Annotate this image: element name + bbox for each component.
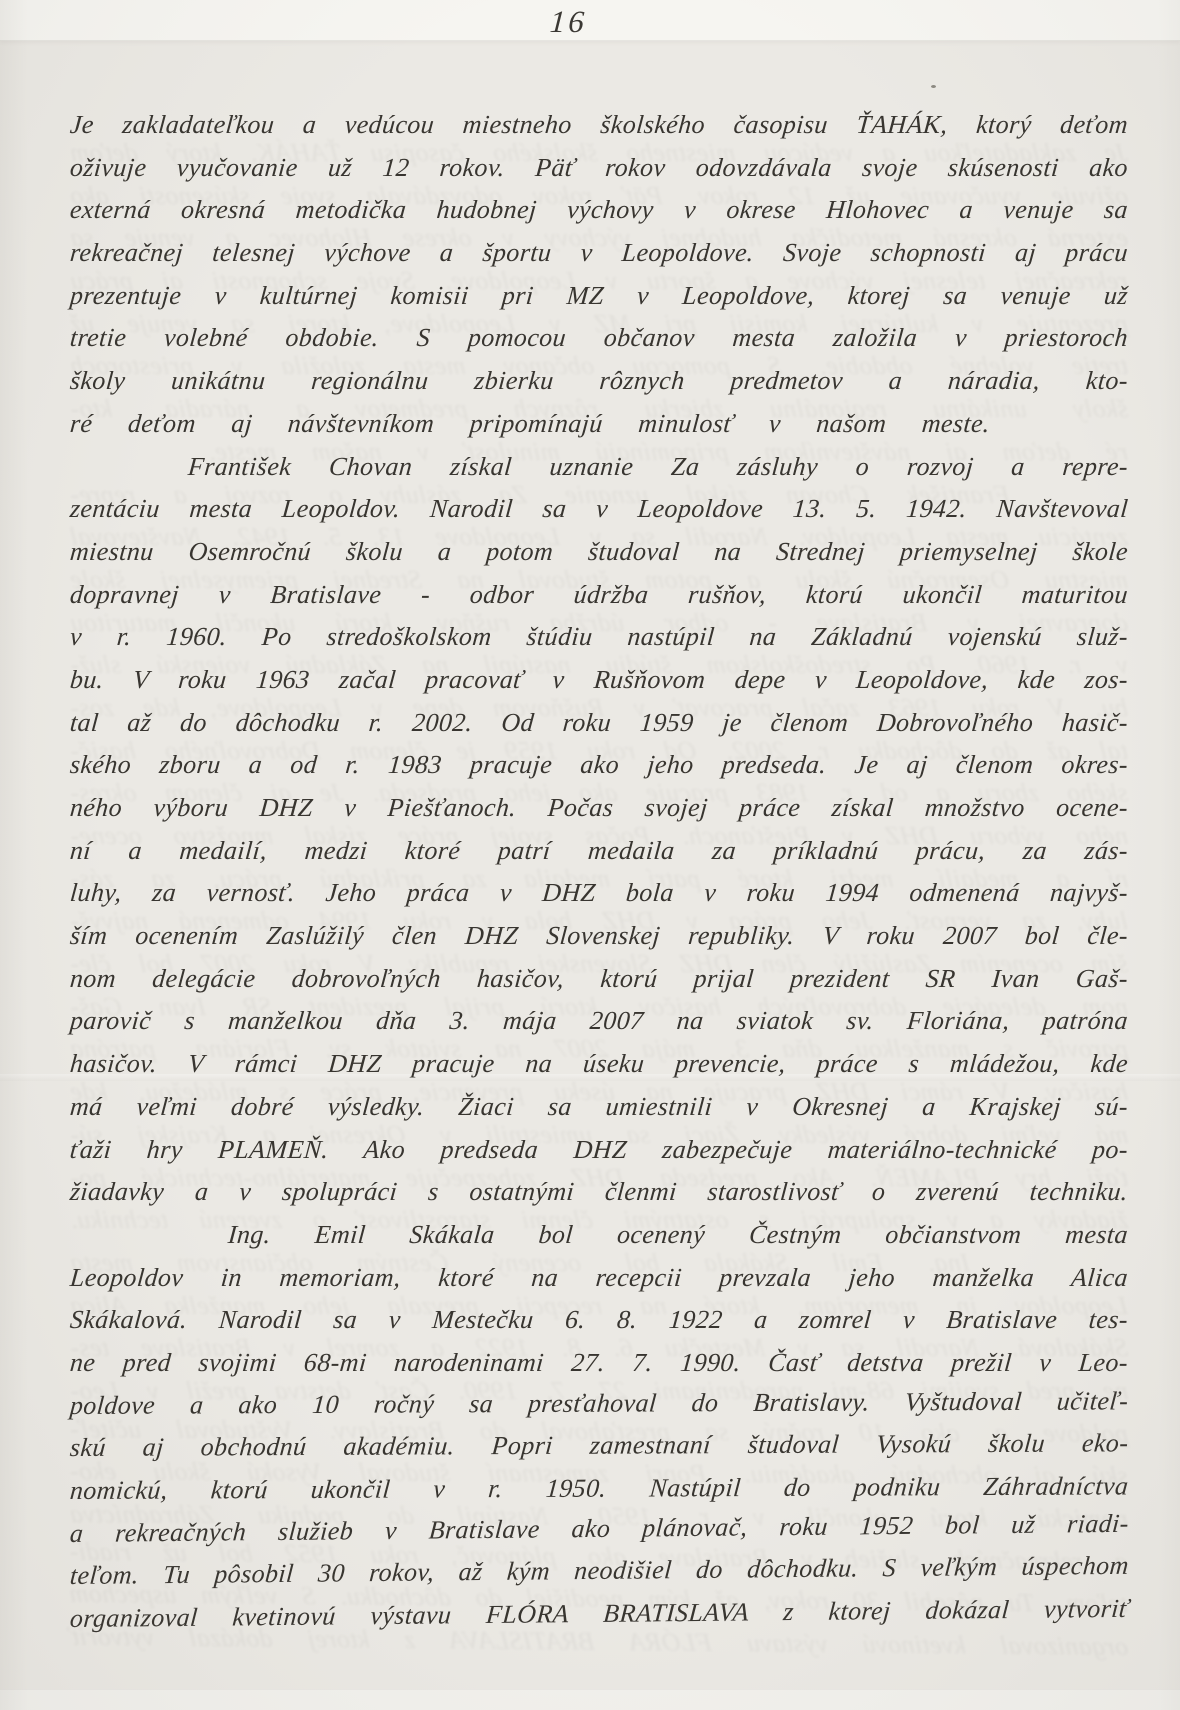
paper-bottom-edge: [0, 1689, 1180, 1710]
handwritten-line: školy unikátnu regionálnu zbierku rôznyc…: [68, 360, 1130, 403]
handwritten-line: skú aj obchodnú akadémiu. Popri zamestna…: [68, 1423, 1130, 1470]
handwritten-line: Je zakladateľkou a vedúcou miestneho ško…: [68, 104, 1130, 147]
handwritten-line: tretie volebné obdobie. S pomocou občano…: [68, 317, 1130, 360]
handwritten-line: dopravnej v Bratislave - odbor údržba ru…: [68, 574, 1130, 617]
handwritten-line: ní a medailí, medzi ktoré patrí medaila …: [68, 830, 1130, 873]
handwritten-line: externá okresná metodička hudobnej výcho…: [68, 189, 1130, 232]
handwritten-line: ského zboru a od r. 1983 pracuje ako jeh…: [68, 744, 1130, 787]
handwritten-line: hasičov. V rámci DHZ pracuje na úseku pr…: [68, 1043, 1130, 1086]
handwritten-line: František Chovan získal uznanie Za záslu…: [68, 446, 1130, 489]
paper-top-edge: [0, 0, 1180, 41]
handwritten-line: parovič s manželkou dňa 3. mája 2007 na …: [68, 1000, 1130, 1043]
handwritten-line: zentáciu mesta Leopoldov. Narodil sa v L…: [68, 488, 1130, 531]
handwritten-line: poldove a ako 10 ročný sa presťahoval do…: [68, 1380, 1130, 1427]
handwritten-line: ného výboru DHZ v Piešťanoch. Počas svoj…: [68, 787, 1130, 830]
text-block: Je zakladateľkou a vedúcou miestneho ško…: [70, 104, 1128, 1641]
handwritten-line: miestnu Osemročnú školu a potom študoval…: [68, 531, 1130, 574]
handwritten-line: ťaži hry PLAMEŇ. Ako predseda DHZ zabezp…: [68, 1129, 1130, 1172]
handwritten-line: ším ocenením Zaslúžilý člen DHZ Slovensk…: [68, 915, 1130, 958]
handwritten-line: Leopoldov in memoriam, ktoré na recepcii…: [68, 1257, 1130, 1300]
handwritten-line: ne pred svojimi 68-mi narodeninami 27. 7…: [68, 1342, 1130, 1385]
scan-speck: [931, 85, 936, 88]
handwritten-line: Ing. Emil Skákala bol ocenený Čestným ob…: [68, 1214, 1130, 1257]
handwritten-line: rekreačnej telesnej výchove a športu v L…: [68, 232, 1130, 275]
handwritten-line: má veľmi dobré výsledky. Žiaci sa umiest…: [68, 1086, 1130, 1129]
handwritten-line: tal až do dôchodku r. 2002. Od roku 1959…: [68, 702, 1130, 745]
handwritten-line: žiadavky a v spolupráci s ostatnými člen…: [68, 1171, 1130, 1214]
handwritten-line: oživuje vyučovanie už 12 rokov. Päť roko…: [68, 147, 1130, 190]
handwritten-line: organizoval kvetinovú výstavu FLÓRA BRAT…: [68, 1588, 1130, 1641]
scanned-document-page: 16 Je zakladateľkou a vedúcou miestneho …: [0, 0, 1180, 1710]
page-number: 16: [549, 4, 589, 40]
handwritten-line: Skákalová. Narodil sa v Mestečku 6. 8. 1…: [68, 1299, 1130, 1342]
handwritten-line: prezentuje v kultúrnej komisii pri MZ v …: [68, 275, 1130, 318]
handwritten-line: ré deťom aj návštevníkom pripomínajú min…: [68, 403, 1130, 446]
handwritten-line: nom delegácie dobrovoľných hasičov, ktor…: [68, 958, 1130, 1001]
handwritten-line: v r. 1960. Po stredoškolskom štúdiu nast…: [68, 616, 1130, 659]
handwritten-line: luhy, za vernosť. Jeho práca v DHZ bola …: [68, 872, 1130, 915]
handwritten-line: bu. V roku 1963 začal pracovať v Rušňovo…: [68, 659, 1130, 702]
